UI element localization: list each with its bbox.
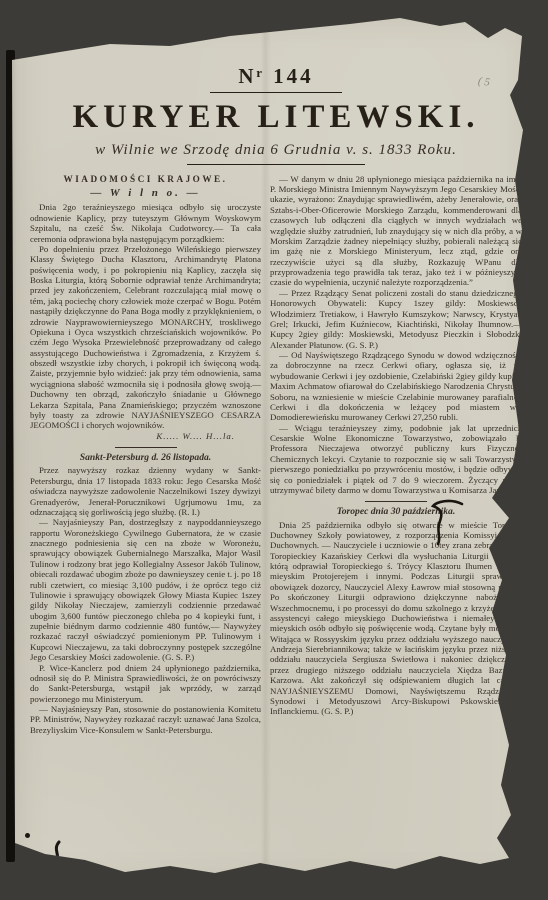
newspaper-page: Nʳ 144 KURYER LITEWSKI. w Wilnie we Srzo…: [0, 0, 548, 900]
left-paragraph-6: Przez naywyższy rozkaz dzienny wydany w …: [30, 465, 261, 517]
left-date-heading-5: Sankt-Petersburg d. 26 listopada.: [30, 446, 261, 463]
right-paragraph-3: — Wciągu teraźnieyszey zimy, podobnie ja…: [270, 423, 522, 496]
scan-background: Nʳ 144 KURYER LITEWSKI. w Wilnie we Srzo…: [0, 0, 548, 900]
masthead-rule-bottom: [187, 164, 365, 165]
left-paragraph-8: P. Wice-Kanclerz pod dniem 24 upłynioneg…: [30, 663, 261, 705]
dateline: w Wilnie we Srzodę dnia 6 Grudnia v. s. …: [30, 142, 522, 159]
left-place-heading-1: — W i l n o. —: [30, 187, 261, 200]
left-section-heading-0: WIADOMOŚCI KRAJOWE.: [30, 174, 261, 185]
right-paragraph-0: — W danym w dniu 28 upłynionego miesiąca…: [270, 174, 522, 288]
article-columns: WIADOMOŚCI KRAJOWE.— W i l n o. —Dnia 2g…: [30, 174, 522, 736]
page-content: Nʳ 144 KURYER LITEWSKI. w Wilnie we Srzo…: [30, 64, 522, 735]
right-date-heading-4: Toropec dnia 30 października.: [270, 500, 522, 517]
right-paragraph-1: — Przez Rządzący Senat policzeni zostali…: [270, 288, 522, 350]
left-paragraph-7: — Nayjaśnieyszy Pan, dostrzegłszy z nayp…: [30, 517, 261, 662]
left-column: WIADOMOŚCI KRAJOWE.— W i l n o. —Dnia 2g…: [30, 174, 261, 736]
right-paragraph-2: — Od Nayświętszego Rządzącego Synodu w d…: [270, 350, 522, 423]
left-paragraph-9: — Nayjaśnieyszy Pan, stosownie do postan…: [30, 704, 261, 735]
left-paragraph-2: Dnia 2go teraźnieyszego miesiąca odbyło …: [30, 202, 261, 244]
ink-squiggle-mark: [430, 496, 464, 546]
handwritten-mark: ( 5: [477, 75, 490, 89]
ink-mark-bottom-left: [49, 840, 65, 880]
issue-number: Nʳ 144: [30, 64, 522, 89]
masthead-rule-top: [210, 92, 342, 93]
right-paragraph-5: Dnia 25 października odbyło się otwarcie…: [270, 520, 522, 717]
left-paragraph-3: Po dopełnieniu przez Przełożonego Wileńs…: [30, 244, 261, 431]
ink-dot: [25, 833, 30, 838]
newspaper-title: KURYER LITEWSKI.: [30, 100, 522, 135]
masthead: Nʳ 144 KURYER LITEWSKI. w Wilnie we Srzo…: [30, 64, 522, 165]
right-column: — W danym w dniu 28 upłynionego miesiąca…: [270, 174, 522, 736]
left-signature-4: K..... W.... H...la.: [30, 431, 261, 441]
